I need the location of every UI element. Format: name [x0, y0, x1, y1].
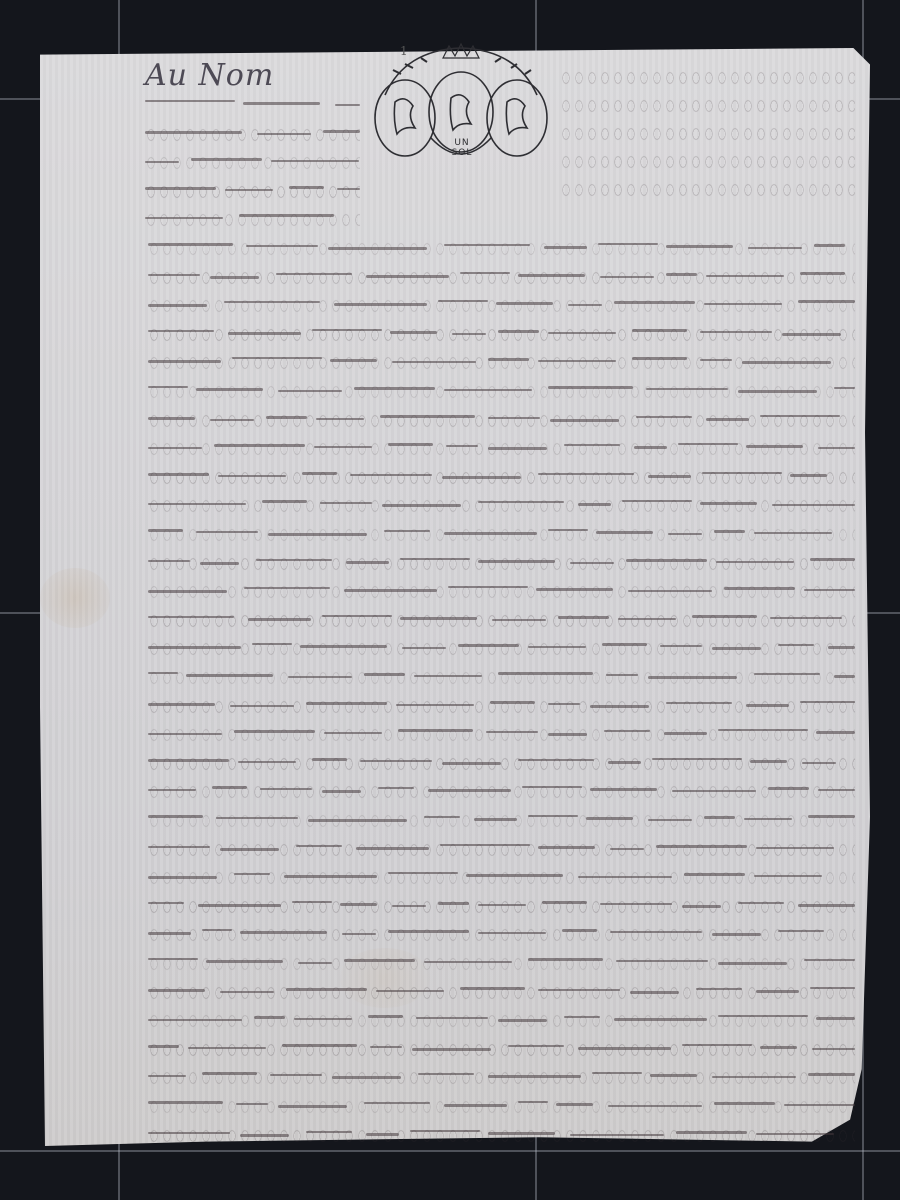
handwritten-line [148, 891, 855, 921]
handwritten-line [148, 662, 855, 692]
handwriting-strokes [560, 120, 855, 144]
handwritten-line [145, 147, 360, 177]
handwriting-strokes [148, 807, 855, 831]
handwriting-strokes [148, 921, 855, 945]
grid-line [0, 1150, 900, 1152]
handwriting-strokes [145, 178, 360, 202]
handwritten-line [148, 290, 855, 320]
handwriting-strokes [145, 206, 360, 230]
handwriting-strokes [148, 836, 855, 860]
handwriting-strokes [145, 121, 360, 145]
handwritten-word [335, 104, 360, 106]
handwriting-strokes [148, 864, 855, 888]
handwritten-line [148, 233, 855, 263]
handwriting-strokes [148, 1093, 855, 1117]
handwritten-line [145, 119, 360, 149]
handwritten-line [148, 1062, 855, 1092]
handwritten-word [145, 100, 235, 102]
handwritten-line [148, 633, 855, 663]
handwriting-strokes [148, 979, 855, 1003]
handwritten-line [148, 977, 855, 1007]
tax-stamp: UN SOL [365, 40, 557, 168]
handwriting-strokes [148, 464, 855, 488]
handwriting-strokes [148, 292, 855, 316]
handwritten-line [148, 548, 855, 578]
handwriting-strokes [148, 492, 855, 516]
handwriting-strokes [148, 578, 855, 602]
handwritten-line [148, 805, 855, 835]
opening-words: Au Nom [145, 58, 274, 93]
handwriting-strokes [148, 664, 855, 688]
handwriting-strokes [560, 92, 855, 116]
handwritten-line [148, 1034, 855, 1064]
handwritten-line [560, 62, 855, 92]
handwritten-line [560, 90, 855, 120]
handwritten-line [145, 176, 360, 206]
handwritten-line [148, 948, 855, 978]
handwriting-strokes [148, 893, 855, 917]
handwriting-strokes [148, 1036, 855, 1060]
handwritten-line [148, 405, 855, 435]
handwriting-strokes [148, 349, 855, 373]
handwritten-line [560, 146, 855, 176]
handwriting-strokes [560, 176, 855, 200]
handwritten-line [148, 376, 855, 406]
handwritten-line [148, 262, 855, 292]
handwritten-line [148, 834, 855, 864]
handwriting-strokes [148, 550, 855, 574]
handwritten-line [148, 1005, 855, 1035]
handwriting-strokes [145, 149, 360, 173]
handwritten-line [148, 862, 855, 892]
paper-stain [40, 568, 110, 628]
handwriting-strokes [148, 1064, 855, 1088]
handwritten-line [148, 347, 855, 377]
handwritten-line [148, 490, 855, 520]
handwritten-line [148, 319, 855, 349]
handwriting-strokes [148, 721, 855, 745]
handwriting-strokes [148, 635, 855, 659]
handwritten-line [560, 174, 855, 204]
handwriting-strokes [560, 148, 855, 172]
handwritten-line [148, 462, 855, 492]
handwritten-line [145, 204, 360, 234]
handwriting-strokes [148, 235, 855, 259]
handwritten-line [148, 605, 855, 635]
handwritten-line [148, 691, 855, 721]
handwriting-strokes [148, 321, 855, 345]
handwritten-line [148, 1120, 855, 1150]
handwriting-strokes [148, 778, 855, 802]
handwriting-strokes [148, 435, 855, 459]
handwritten-line [148, 776, 855, 806]
handwriting-strokes [560, 64, 855, 88]
handwritten-line [148, 748, 855, 778]
handwritten-line [145, 90, 360, 120]
handwritten-line [148, 1091, 855, 1121]
handwriting-strokes [148, 750, 855, 774]
handwriting-strokes [148, 1007, 855, 1031]
handwriting-strokes [148, 693, 855, 717]
handwritten-line [148, 919, 855, 949]
handwriting-strokes [148, 521, 855, 545]
handwriting-strokes [148, 1122, 855, 1146]
stamp-denomination: UN SOL [443, 138, 481, 158]
handwriting-strokes [148, 607, 855, 631]
handwritten-line [148, 433, 855, 463]
handwritten-line [148, 719, 855, 749]
handwritten-word [243, 102, 320, 105]
handwriting-strokes [148, 407, 855, 431]
handwritten-line [560, 118, 855, 148]
handwriting-strokes [148, 950, 855, 974]
handwritten-line [148, 519, 855, 549]
handwriting-strokes [148, 264, 855, 288]
handwritten-line [148, 576, 855, 606]
handwriting-strokes [148, 378, 855, 402]
